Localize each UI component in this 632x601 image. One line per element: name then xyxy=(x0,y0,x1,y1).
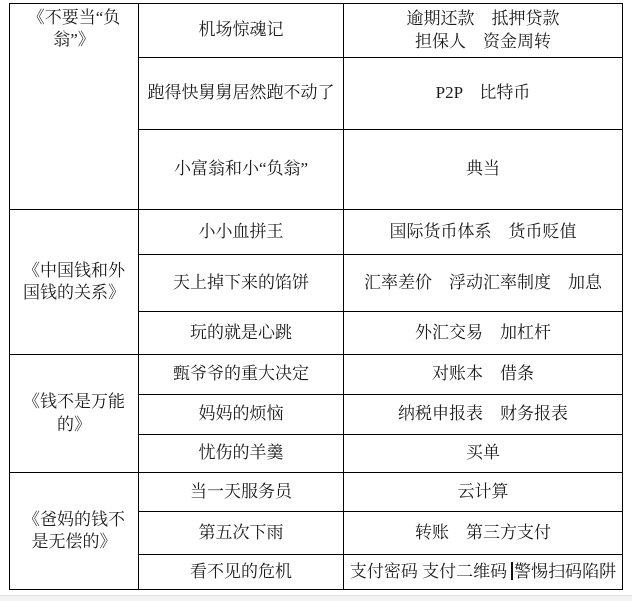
story-cell[interactable]: 跑得快舅舅居然跑不动了 xyxy=(139,58,344,130)
keywords-text: 对账本 借条 xyxy=(432,364,534,383)
table-row: 《中国钱和外 国钱的关系》 小小血拼王 国际货币体系 货币贬值 xyxy=(10,210,623,255)
story-text: 小富翁和小“负翁” xyxy=(174,159,308,178)
book-title-cell[interactable]: 《爸妈的钱不 是无偿的》 xyxy=(10,473,139,590)
story-text: 第五次下雨 xyxy=(199,523,284,542)
chapter-keywords-table: 《不要当“负 翁”》 机场惊魂记 逾期还款 抵押贷款 担保人 资金周转 跑得快舅… xyxy=(9,3,623,590)
book-title: 《爸妈的钱不 是无偿的》 xyxy=(23,510,125,551)
keywords-cell[interactable]: 云计算 xyxy=(344,473,623,512)
keywords-cell[interactable]: 纳税申报表 财务报表 xyxy=(344,395,623,435)
keywords-text: 外汇交易 加杠杆 xyxy=(415,323,551,342)
story-text: 看不见的危机 xyxy=(190,562,292,581)
keywords-cell[interactable]: 外汇交易 加杠杆 xyxy=(344,312,623,355)
story-text: 天上掉下来的馅饼 xyxy=(173,273,309,292)
story-cell[interactable]: 天上掉下来的馅饼 xyxy=(139,255,344,312)
table-section: 《爸妈的钱不 是无偿的》 当一天服务员 云计算 第五次下雨 转账 第三方支付 看… xyxy=(10,473,623,590)
keywords-cell[interactable]: 对账本 借条 xyxy=(344,355,623,395)
document-page: 《不要当“负 翁”》 机场惊魂记 逾期还款 抵押贷款 担保人 资金周转 跑得快舅… xyxy=(0,0,632,601)
keywords-text: 支付密码 支付二维码 xyxy=(350,562,507,581)
story-text: 玩的就是心跳 xyxy=(190,323,292,342)
text-cursor xyxy=(511,562,513,580)
story-cell[interactable]: 小小血拼王 xyxy=(139,210,344,255)
book-title: 《不要当“负 翁”》 xyxy=(28,8,121,49)
story-cell[interactable]: 小富翁和小“负翁” xyxy=(139,130,344,210)
story-text: 跑得快舅舅居然跑不动了 xyxy=(148,83,335,102)
story-cell[interactable]: 机场惊魂记 xyxy=(139,4,344,58)
table-row: 《爸妈的钱不 是无偿的》 当一天服务员 云计算 xyxy=(10,473,623,512)
table-row: 《钱不是万能 的》 甄爷爷的重大决定 对账本 借条 xyxy=(10,355,623,395)
keywords-text: 云计算 xyxy=(458,482,509,501)
story-text: 妈妈的烦恼 xyxy=(199,404,284,423)
story-cell[interactable]: 看不见的危机 xyxy=(139,555,344,590)
story-cell[interactable]: 忧伤的羊羹 xyxy=(139,435,344,473)
keywords-text: P2P 比特币 xyxy=(436,83,531,102)
story-cell[interactable]: 妈妈的烦恼 xyxy=(139,395,344,435)
keywords-text: 逾期还款 抵押贷款 担保人 资金周转 xyxy=(407,9,560,50)
keywords-text: 汇率差价 浮动汇率制度 加息 xyxy=(364,273,602,292)
story-cell[interactable]: 甄爷爷的重大决定 xyxy=(139,355,344,395)
table-section: 《中国钱和外 国钱的关系》 小小血拼王 国际货币体系 货币贬值 天上掉下来的馅饼… xyxy=(10,210,623,355)
story-text: 当一天服务员 xyxy=(190,482,292,501)
keywords-cell[interactable]: 转账 第三方支付 xyxy=(344,512,623,555)
keywords-cell[interactable]: 逾期还款 抵押贷款 担保人 资金周转 xyxy=(344,4,623,58)
keywords-text: 国际货币体系 货币贬值 xyxy=(390,222,577,241)
book-title-cell[interactable]: 《钱不是万能 的》 xyxy=(10,355,139,473)
keywords-text: 买单 xyxy=(466,443,500,462)
keywords-cell[interactable]: P2P 比特币 xyxy=(344,58,623,130)
table-section: 《钱不是万能 的》 甄爷爷的重大决定 对账本 借条 妈妈的烦恼 纳税申报表 财务… xyxy=(10,355,623,473)
story-text: 机场惊魂记 xyxy=(199,20,284,39)
story-text: 小小血拼王 xyxy=(199,222,284,241)
table-section: 《不要当“负 翁”》 机场惊魂记 逾期还款 抵押贷款 担保人 资金周转 跑得快舅… xyxy=(10,4,623,210)
book-title-cell[interactable]: 《中国钱和外 国钱的关系》 xyxy=(10,210,139,355)
story-text: 忧伤的羊羹 xyxy=(199,443,284,462)
story-text: 甄爷爷的重大决定 xyxy=(173,364,309,383)
story-cell[interactable]: 当一天服务员 xyxy=(139,473,344,512)
book-title: 《钱不是万能 的》 xyxy=(23,392,125,433)
keywords-cell[interactable]: 汇率差价 浮动汇率制度 加息 xyxy=(344,255,623,312)
table-row: 《不要当“负 翁”》 机场惊魂记 逾期还款 抵押贷款 担保人 资金周转 xyxy=(10,4,623,58)
keywords-text: 典当 xyxy=(466,159,500,178)
keywords-text: 纳税申报表 财务报表 xyxy=(398,404,568,423)
page-bottom-strip xyxy=(0,595,632,601)
book-title: 《中国钱和外 国钱的关系》 xyxy=(23,261,125,302)
keywords-cell[interactable]: 买单 xyxy=(344,435,623,473)
story-cell[interactable]: 第五次下雨 xyxy=(139,512,344,555)
book-title-cell[interactable]: 《不要当“负 翁”》 xyxy=(10,4,139,210)
keywords-cell[interactable]: 典当 xyxy=(344,130,623,210)
keywords-cell[interactable]: 支付密码 支付二维码警惕扫码陷阱 xyxy=(344,555,623,590)
keywords-text: 警惕扫码陷阱 xyxy=(514,562,616,581)
keywords-cell[interactable]: 国际货币体系 货币贬值 xyxy=(344,210,623,255)
story-cell[interactable]: 玩的就是心跳 xyxy=(139,312,344,355)
keywords-text: 转账 第三方支付 xyxy=(415,523,551,542)
